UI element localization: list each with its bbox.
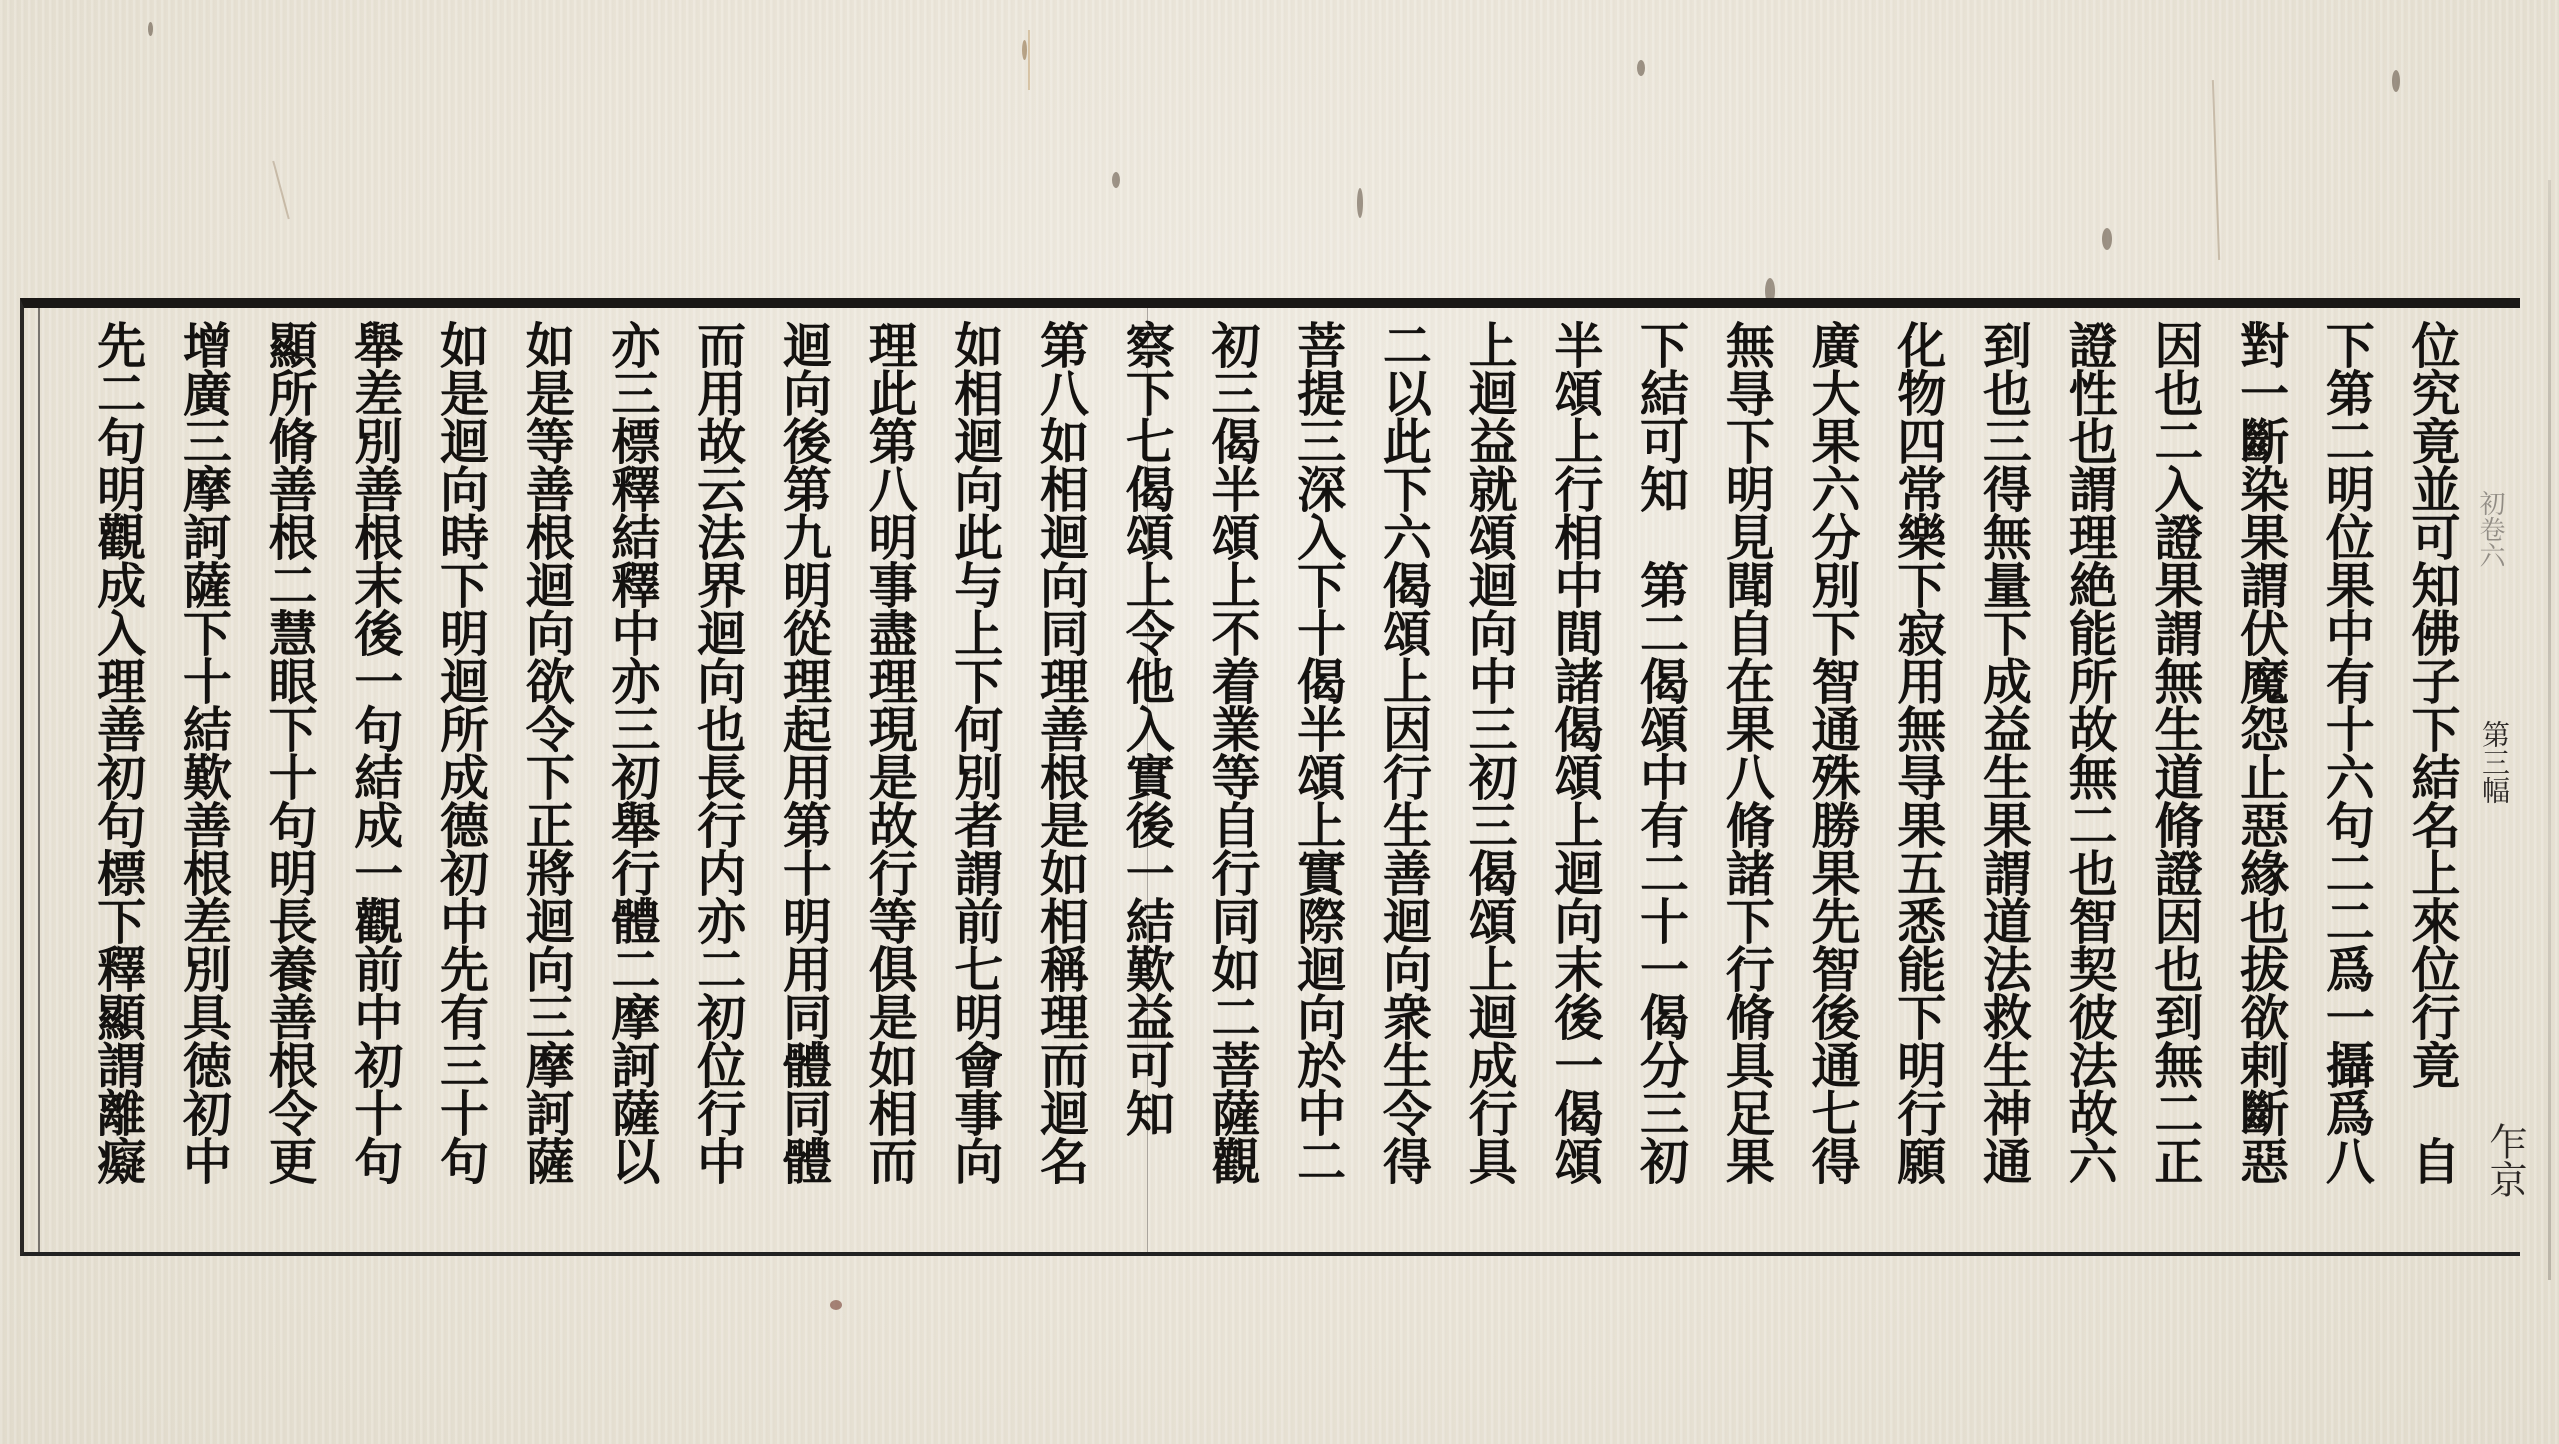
text-column-3: 對一斷染果謂伏魔怨止惡緣也拔欲剌斷惡: [2227, 320, 2313, 1250]
paper-fleck: [1112, 172, 1120, 188]
text-column-1: 位究竟並可知佛子下結名上來位行竟 自: [2398, 320, 2484, 1250]
text-column-11: 半頌上行相中間諸偈頌上迴向末後一偈頌: [1541, 320, 1627, 1250]
text-column-22: 亦三標釋結釋中亦三初舉行體二摩訶薩以: [598, 320, 684, 1250]
text-column-5: 證性也謂理絶能所故無二也智契彼法故六: [2055, 320, 2141, 1250]
paper-fleck: [830, 1300, 842, 1310]
text-column-13: 二以此下六偈頌上因行生善迴向衆生令得: [1370, 320, 1456, 1250]
paper-fleck: [2102, 228, 2112, 250]
text-column-24: 如是迴向時下明迴所成德初中先有三十句: [427, 320, 513, 1250]
text-column-27: 增廣三摩訶薩下十結歎善根差別具徳初中: [170, 320, 256, 1250]
text-column-19: 理此第八明事盡理現是故行等俱是如相而: [855, 320, 941, 1250]
text-column-10: 下結可知 第二偈頌中有二十一偈分三初: [1627, 320, 1713, 1250]
text-column-20: 迴向後第九明從理起用第十明用同體同體: [770, 320, 856, 1250]
text-column-14: 菩提三深入下十偈半頌上實際迴向於中二: [1284, 320, 1370, 1250]
text-column-2: 下第二明位果中有十六句二二爲一攝爲八: [2313, 320, 2399, 1250]
text-column-12: 上迴益就頌迴向中三初三偈頌上迴成行具: [1455, 320, 1541, 1250]
text-column-16: 察下七偈頌上令他入實後一結歎益可知: [1113, 320, 1199, 1250]
paper-fleck: [1637, 60, 1645, 76]
text-column-15: 初三偈半頌上不着業等自行同如二菩薩觀: [1198, 320, 1284, 1250]
text-column-8: 廣大果六分別下智通殊勝果先智後通七得: [1798, 320, 1884, 1250]
text-column-7: 化物四常樂下寂用無㝵果五悉能下明行願: [1884, 320, 1970, 1250]
text-column-17: 第八如相迴向同理善根是如相稱理而迴名: [1027, 320, 1113, 1250]
text-column-25: 舉差別善根末後一句結成一觀前中初十句: [341, 320, 427, 1250]
paper-fleck: [1022, 40, 1027, 60]
text-column-28: 先二句明觀成入理善初句標下釋顯謂離癡: [84, 320, 170, 1250]
text-column-6: 到也三得無量下成益生果謂道法救生神通: [1970, 320, 2056, 1250]
margin-note-lower: 乍京: [2478, 1122, 2533, 1198]
paper-fleck: [2392, 70, 2400, 92]
text-column-9: 無㝵下明見聞自在果八脩諸下行脩具足果: [1713, 320, 1799, 1250]
paper-fleck: [1357, 188, 1363, 218]
paper-fleck: [148, 22, 153, 36]
text-columns: 位究竟並可知佛子下結名上來位行竟 自 下第二明位果中有十六句二二爲一攝爲八 對一…: [84, 320, 2484, 1250]
text-column-4: 因也二入證果謂無生道脩證因也到無二正: [2141, 320, 2227, 1250]
paper-fiber: [1028, 30, 1030, 90]
page-fold-edge: [2548, 180, 2551, 1280]
printed-block-border: 位究竟並可知佛子下結名上來位行竟 自 下第二明位果中有十六句二二爲一攝爲八 對一…: [20, 298, 2520, 1256]
folio-label: 第三幅: [2474, 720, 2514, 804]
text-column-18: 如相迴向此与上下何別者謂前七明會事向: [941, 320, 1027, 1250]
text-column-26: 顯所脩善根二慧眼下十句明長養善根令更: [255, 320, 341, 1250]
margin-note-upper: 初卷六: [2472, 490, 2509, 568]
text-column-23: 如是等善根迴向欲令下正將迴向三摩訶薩: [512, 320, 598, 1250]
text-column-21: 而用故云法界迴向也長行内亦二初位行中: [684, 320, 770, 1250]
